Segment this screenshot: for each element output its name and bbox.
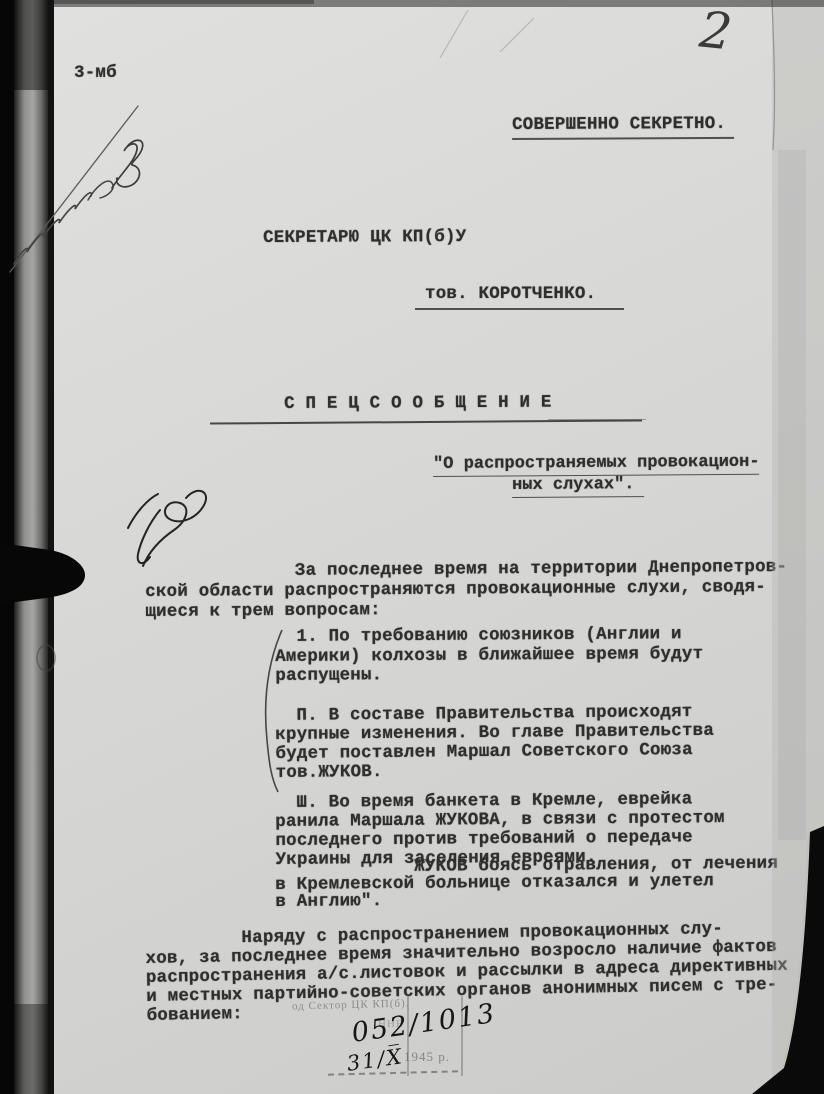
typist-code: 3-мб: [74, 64, 117, 83]
handwritten-page-number: 2: [697, 4, 734, 57]
recipient-name-text: тов. КОРОТЧЕНКО.: [415, 285, 624, 310]
subject-line-1: "О распространяемых провокацион-: [433, 453, 760, 477]
paragraph-item-2: П. В составе Правительства происходят кр…: [275, 703, 714, 783]
paragraph-item-1: 1. По требованию союзников (Англии и Аме…: [275, 625, 703, 686]
classification-text: СОВЕРШЕННО СЕКРЕТНО.: [512, 115, 734, 140]
document-title: С П Е Ц С О О Б Щ Е Н И Е: [284, 394, 552, 414]
stamp-line-3: 1945 р.: [404, 1050, 450, 1063]
subject-line-2: ных слухах".: [512, 475, 645, 498]
paragraph-intro: За последнее время на территории Днепроп…: [145, 557, 788, 622]
recipient-name-line: тов. КОРОТЧЕНКО.: [415, 285, 624, 310]
paragraph-item-3-cont: ЖУКОВ боясь отравления, от лечения в Кре…: [275, 856, 778, 911]
title-underline-extension: [548, 419, 646, 420]
page-left-edge: [0, 0, 55, 1094]
classification-heading: СОВЕРШЕННО СЕКРЕТНО.: [512, 115, 734, 140]
recipient-line: СЕКРЕТАРЮ ЦК КП(б)У: [263, 228, 466, 248]
